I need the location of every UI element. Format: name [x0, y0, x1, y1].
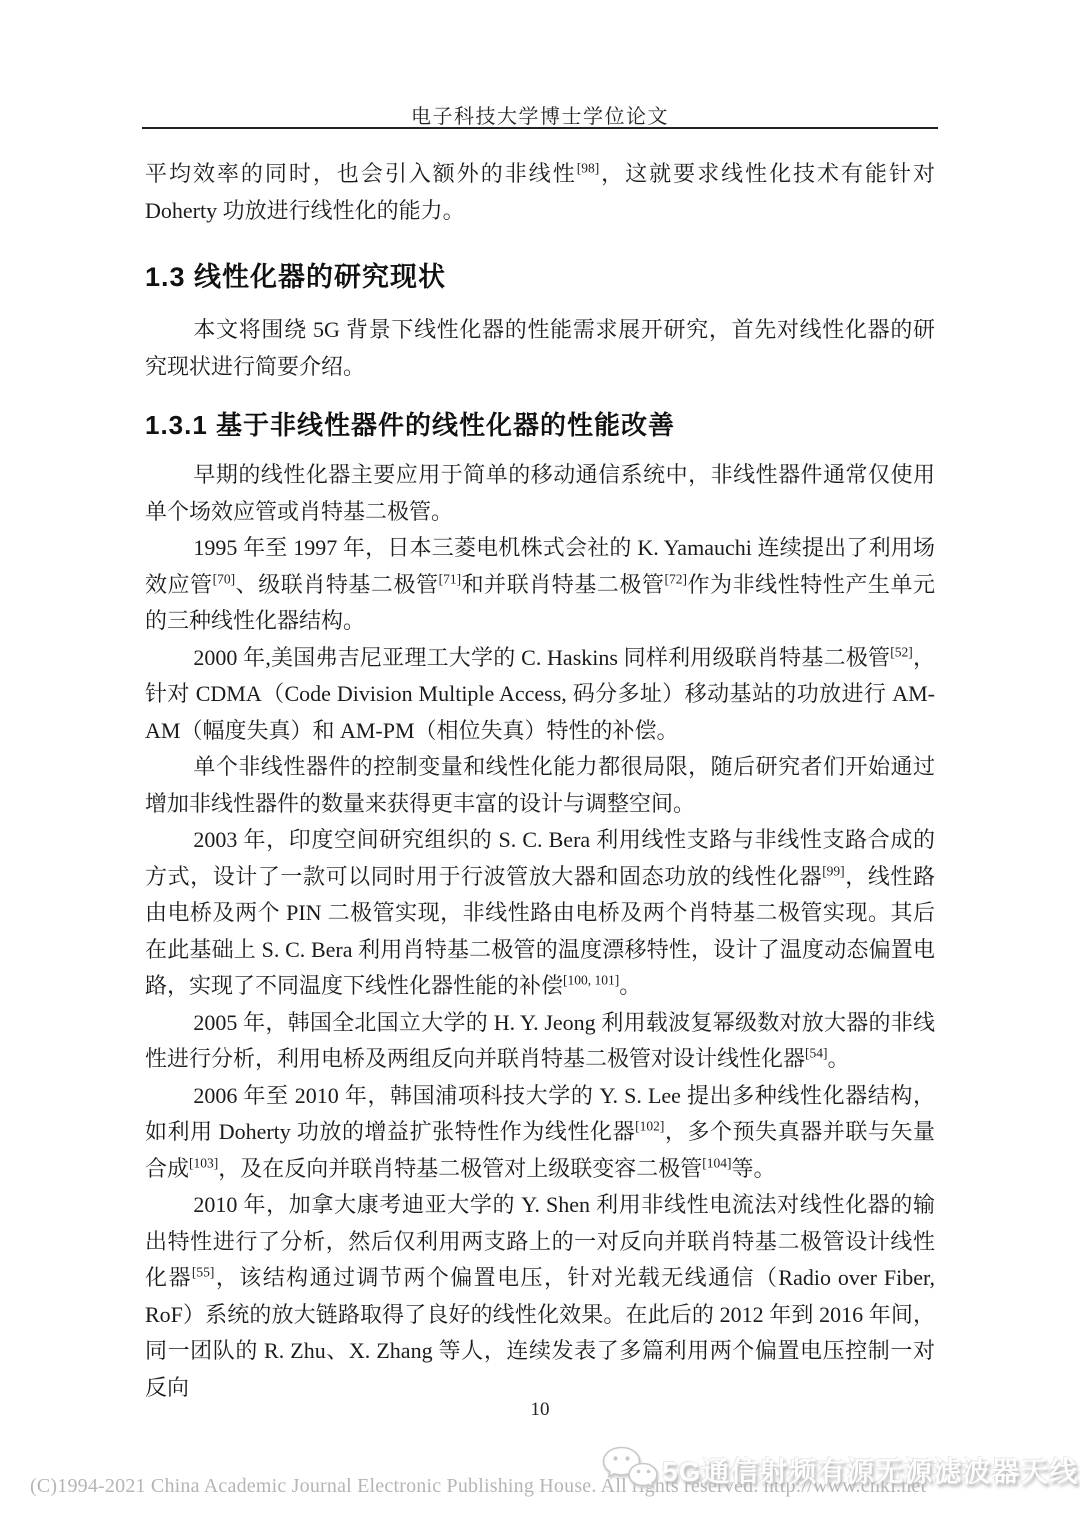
- paragraph-1995-yamauchi: 1995 年至 1997 年，日本三菱电机株式会社的 K. Yamauchi 连…: [145, 530, 935, 640]
- paragraph-2000-haskins: 2000 年,美国弗吉尼亚理工大学的 C. Haskins 同样利用级联肖特基二…: [145, 640, 935, 750]
- paragraph-2006-lee: 2006 年至 2010 年，韩国浦项科技大学的 Y. S. Lee 提出多种线…: [145, 1078, 935, 1188]
- page-body: 平均效率的同时，也会引入额外的非线性[98]，这就要求线性化技术有能针对 Doh…: [145, 156, 935, 1406]
- watermark-text: 5G通信射频有源无源滤波器天线: [662, 1450, 1078, 1490]
- paragraph-2003-bera: 2003 年，印度空间研究组织的 S. C. Bera 利用线性支路与非线性支路…: [145, 822, 935, 1005]
- running-head: 电子科技大学博士学位论文: [0, 100, 1080, 129]
- watermark: 5G通信射频有源无源滤波器天线: [600, 1444, 1078, 1496]
- paragraph-overview: 本文将围绕 5G 背景下线性化器的性能需求展开研究，首先对线性化器的研究现状进行…: [145, 312, 935, 385]
- header-rule: [142, 127, 938, 129]
- paragraph-early-linearizers: 早期的线性化器主要应用于简单的移动通信系统中，非线性器件通常仅使用单个场效应管或…: [145, 457, 935, 530]
- wechat-icon: [600, 1444, 660, 1496]
- paragraph-single-device-limits: 单个非线性器件的控制变量和线性化能力都很局限，随后研究者们开始通过增加非线性器件…: [145, 749, 935, 822]
- section-heading-1-3-1: 1.3.1 基于非线性器件的线性化器的性能改善: [145, 407, 935, 443]
- paragraph-2005-jeong: 2005 年，韩国全北国立大学的 H. Y. Jeong 利用载波复幂级数对放大…: [145, 1005, 935, 1078]
- section-heading-1-3: 1.3 线性化器的研究现状: [145, 259, 935, 295]
- paragraph-intro-continuation: 平均效率的同时，也会引入额外的非线性[98]，这就要求线性化技术有能针对 Doh…: [145, 156, 935, 229]
- paragraph-2010-shen: 2010 年，加拿大康考迪亚大学的 Y. Shen 利用非线性电流法对线性化器的…: [145, 1187, 935, 1406]
- page-number: 10: [0, 1399, 1080, 1421]
- document-page: 电子科技大学博士学位论文 平均效率的同时，也会引入额外的非线性[98]，这就要求…: [0, 0, 1080, 1527]
